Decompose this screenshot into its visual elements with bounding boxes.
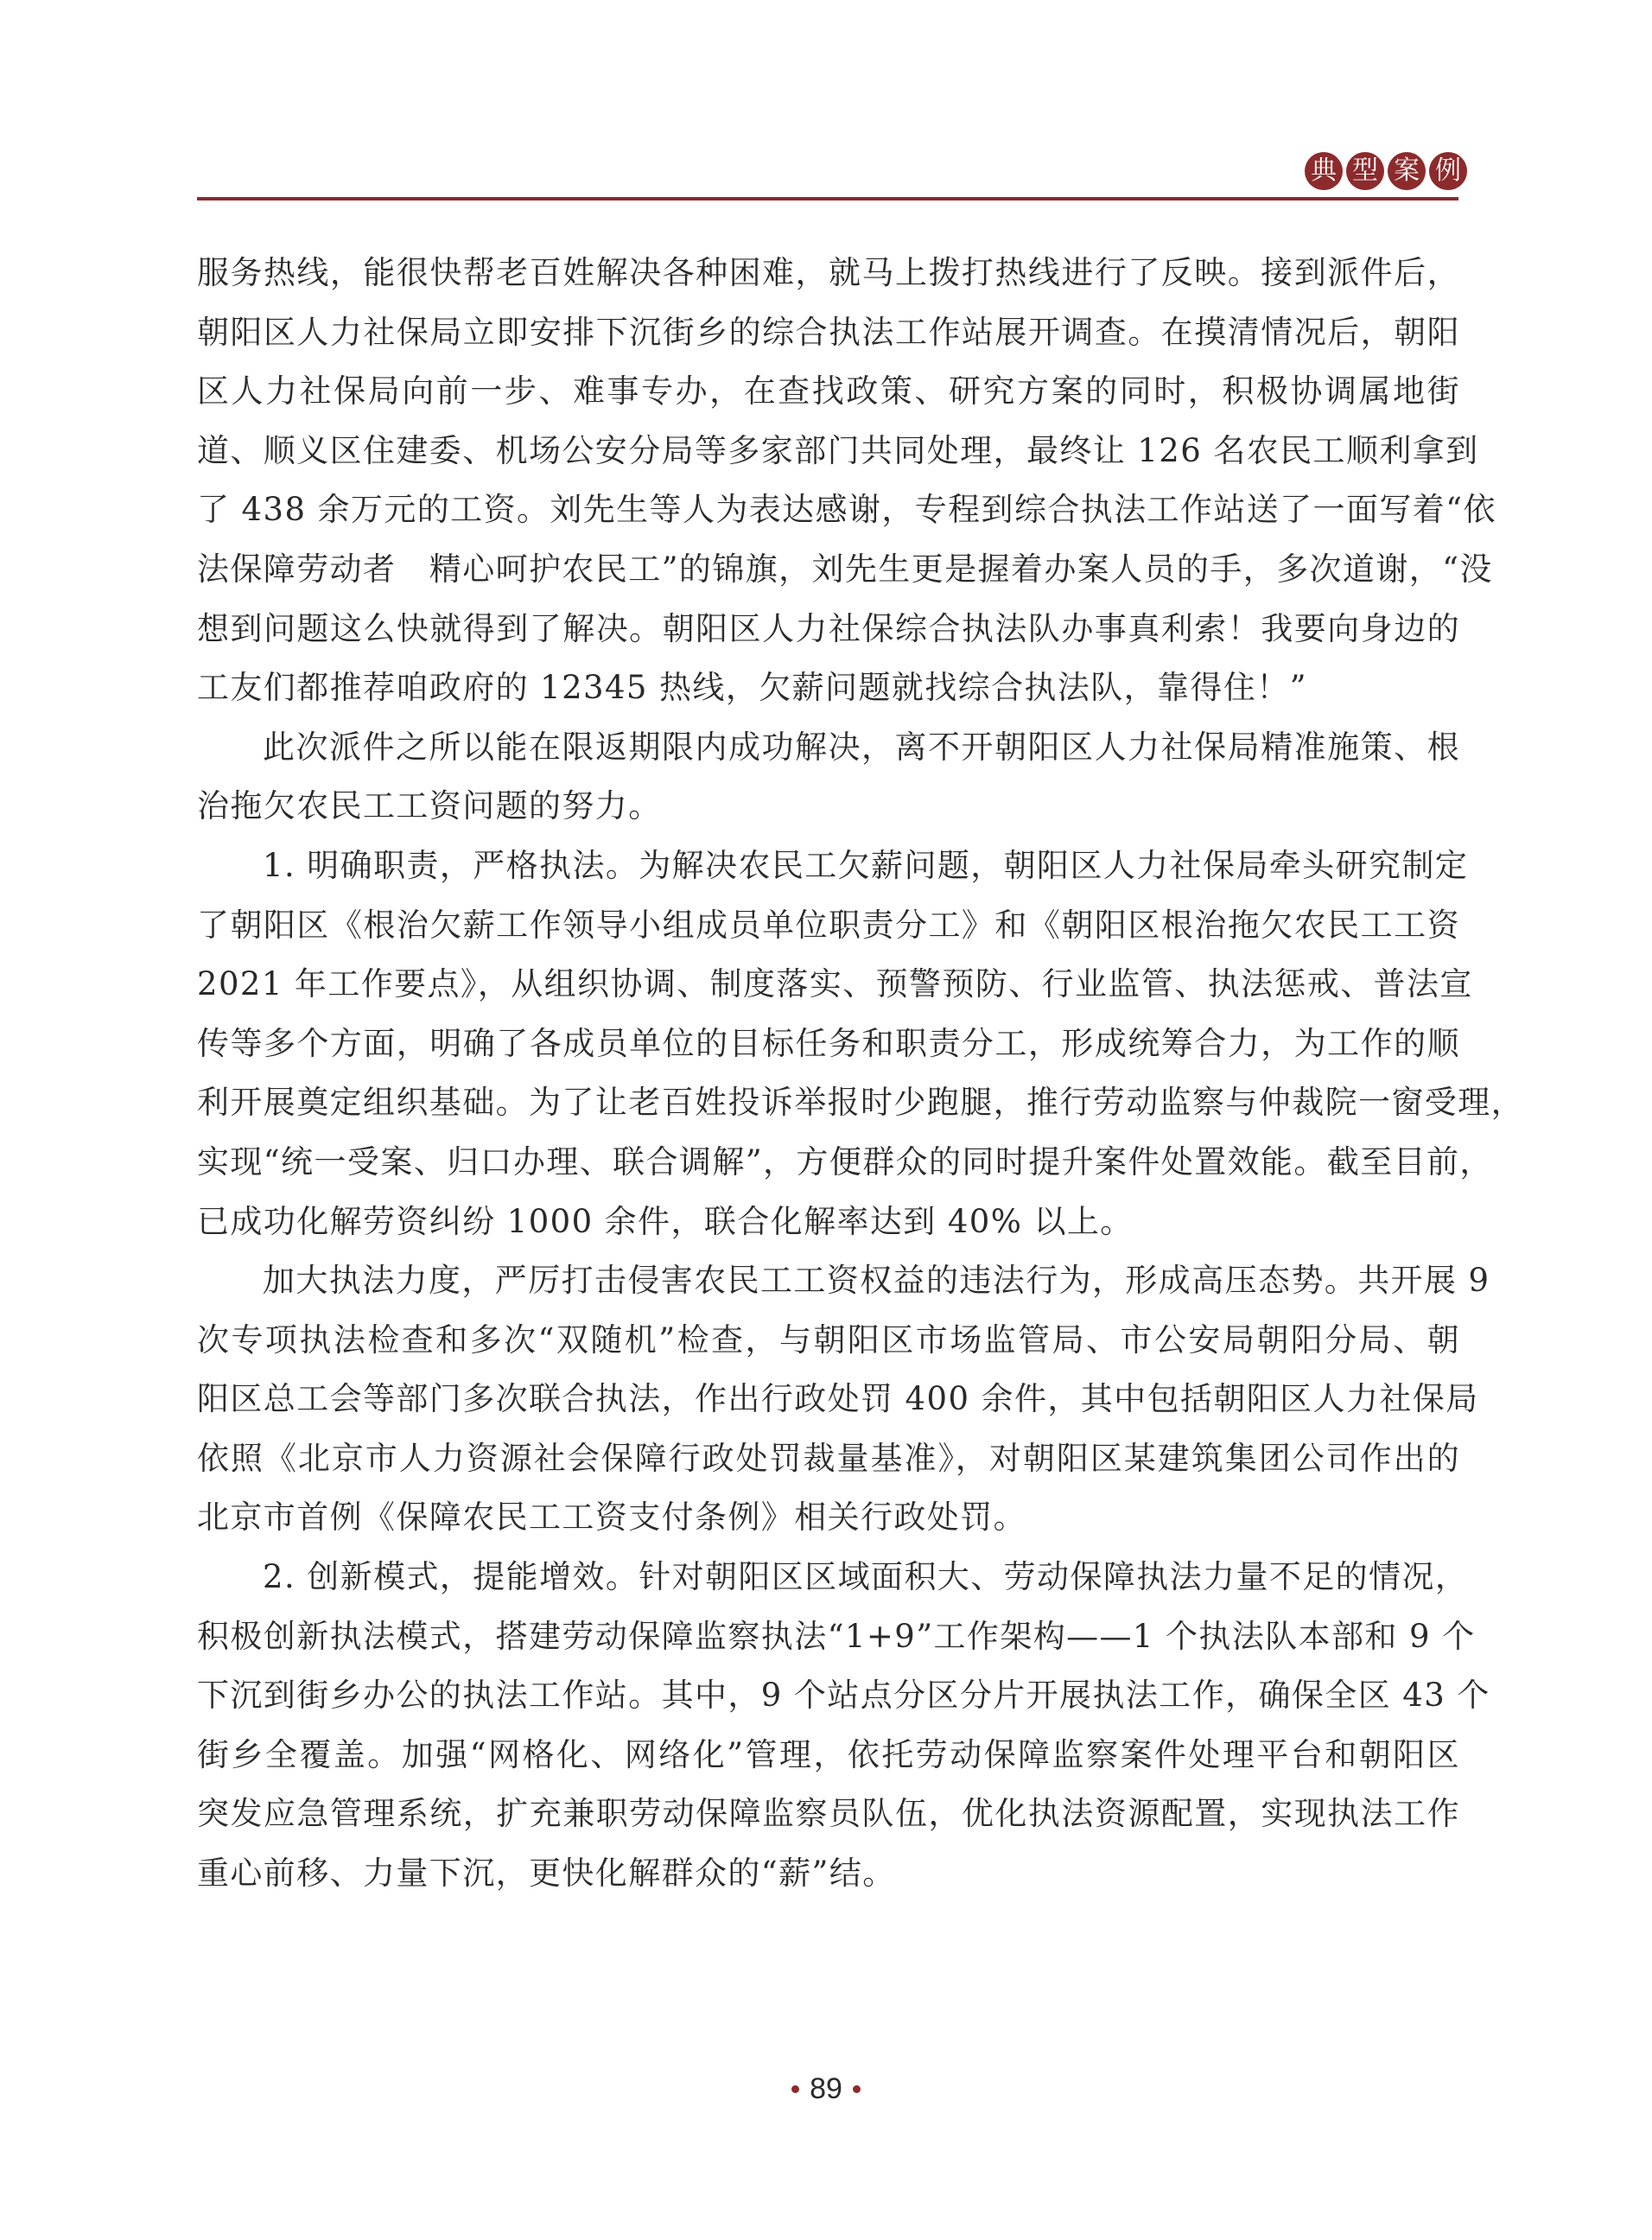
text-line: 实现“统一受案、归口办理、联合调解”，方便群众的同时提升案件处置效能。截至目前，	[197, 1133, 1460, 1193]
text-line: 此次派件之所以能在限返期限内成功解决，离不开朝阳区人力社保局精准施策、根	[197, 718, 1460, 778]
text-line: 区人力社保局向前一步、难事专办，在查找政策、研究方案的同时，积极协调属地街	[197, 362, 1460, 422]
text-line: 了 438 余万元的工资。刘先生等人为表达感谢，专程到综合执法工作站送了一面写着…	[197, 480, 1460, 540]
text-line: 朝阳区人力社保局立即安排下沉街乡的综合执法工作站展开调查。在摸清情况后，朝阳	[197, 303, 1460, 363]
text-line: 北京市首例《保障农民工工资支付条例》相关行政处罚。	[197, 1488, 1460, 1548]
text-line: 法保障劳动者 精心呵护农民工”的锦旗，刘先生更是握着办案人员的手，多次道谢，“没	[197, 540, 1460, 600]
text-line: 2021 年工作要点》，从组织协调、制度落实、预警预防、行业监管、执法惩戒、普法…	[197, 955, 1460, 1015]
page-footer: 89	[0, 2072, 1652, 2106]
dot-left-icon	[791, 2085, 799, 2093]
text-line: 想到问题这么快就得到了解决。朝阳区人力社保综合执法队办事真利索！我要向身边的	[197, 600, 1460, 659]
text-line: 次专项执法检查和多次“双随机”检查，与朝阳区市场监管局、市公安局朝阳分局、朝	[197, 1311, 1460, 1371]
section-badge-char: 型	[1346, 152, 1384, 190]
text-line: 加大执法力度，严厉打击侵害农民工工资权益的违法行为，形成高压态势。共开展 9	[197, 1251, 1460, 1311]
text-line: 依照《北京市人力资源社会保障行政处罚裁量基准》，对朝阳区某建筑集团公司作出的	[197, 1429, 1460, 1489]
section-header-badges: 典 型 案 例	[1305, 152, 1467, 190]
body-text: 服务热线，能很快帮老百姓解决各种困难，就马上拨打热线进行了反映。接到派件后，朝阳…	[197, 244, 1460, 1904]
text-line: 治拖欠农民工工资问题的努力。	[197, 777, 1460, 837]
text-line: 重心前移、力量下沉，更快化解群众的“薪”结。	[197, 1844, 1460, 1904]
section-badge-char: 例	[1429, 152, 1467, 190]
text-line: 道、顺义区住建委、机场公安分局等多家部门共同处理，最终让 126 名农民工顺利拿…	[197, 422, 1460, 481]
section-badge-char: 典	[1305, 152, 1343, 190]
text-line: 街乡全覆盖。加强“网格化、网络化”管理，依托劳动保障监察案件处理平台和朝阳区	[197, 1726, 1460, 1785]
text-line: 1. 明确职责，严格执法。为解决农民工欠薪问题，朝阳区人力社保局牵头研究制定	[197, 837, 1460, 896]
text-line: 下沉到街乡办公的执法工作站。其中，9 个站点分区分片开展执法工作，确保全区 43…	[197, 1666, 1460, 1726]
dot-right-icon	[853, 2085, 861, 2093]
text-line: 2. 创新模式，提能增效。针对朝阳区区域面积大、劳动保障执法力量不足的情况，	[197, 1548, 1460, 1607]
text-line: 利开展奠定组织基础。为了让老百姓投诉举报时少跑腿，推行劳动监察与仲裁院一窗受理，	[197, 1073, 1460, 1133]
text-line: 传等多个方面，明确了各成员单位的目标任务和职责分工，形成统筹合力，为工作的顺	[197, 1015, 1460, 1074]
text-line: 工友们都推荐咱政府的 12345 热线，欠薪问题就找综合执法队，靠得住！”	[197, 659, 1460, 718]
text-line: 服务热线，能很快帮老百姓解决各种困难，就马上拨打热线进行了反映。接到派件后，	[197, 244, 1460, 303]
text-line: 已成功化解劳资纠纷 1000 余件，联合化解率达到 40% 以上。	[197, 1193, 1460, 1252]
header-divider	[197, 197, 1458, 200]
text-line: 积极创新执法模式，搭建劳动保障监察执法“1+9”工作架构——1 个执法队本部和 …	[197, 1607, 1460, 1667]
text-line: 突发应急管理系统，扩充兼职劳动保障监察员队伍，优化执法资源配置，实现执法工作	[197, 1785, 1460, 1844]
page-number: 89	[810, 2072, 842, 2105]
text-line: 了朝阳区《根治欠薪工作领导小组成员单位职责分工》和《朝阳区根治拖欠农民工工资	[197, 896, 1460, 956]
section-badge-char: 案	[1388, 152, 1426, 190]
text-line: 阳区总工会等部门多次联合执法，作出行政处罚 400 余件，其中包括朝阳区人力社保…	[197, 1370, 1460, 1429]
